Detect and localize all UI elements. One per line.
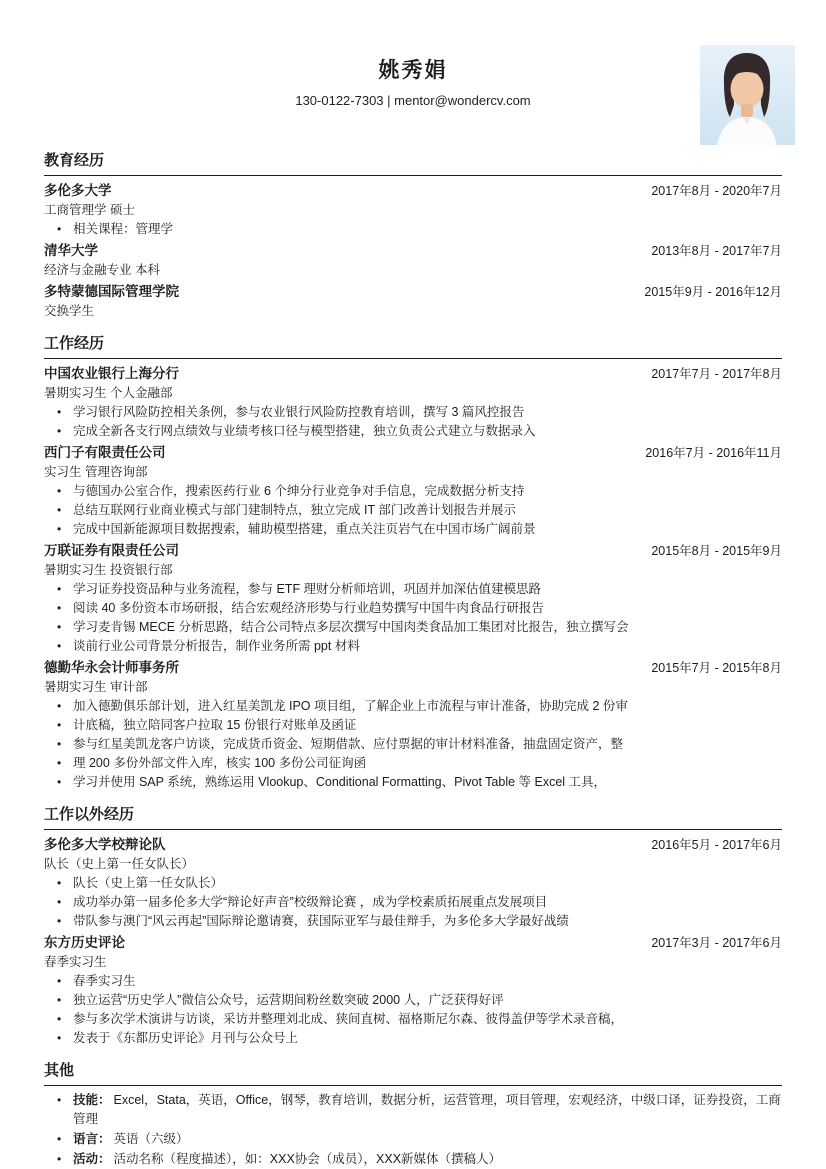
other-item-text: 活动名称（程度描述），如：XXX协会（成员），XXX新媒体（撰稿人） [114,1152,502,1166]
entry: 万联证券有限责任公司2015年8月 - 2015年9月暑期实习生 投资银行部学习… [44,541,782,656]
portrait-photo-icon [700,45,795,145]
bullet-list: 春季实习生独立运营“历史学人”微信公众号，运营期间粉丝数突破 2000 人，广泛… [44,972,782,1048]
entry-org: 多伦多大学校辩论队 [44,835,166,854]
entry-head: 多特蒙德国际管理学院2015年9月 - 2016年12月 [44,282,782,302]
entry-subtitle: 春季实习生 [44,953,782,972]
entry-subtitle: 队长（史上第一任女队长） [44,855,782,874]
entry-date: 2015年7月 - 2015年8月 [651,659,782,678]
other-item-label: 语言： [73,1132,111,1146]
bullet-item: 加入德勤俱乐部计划，进入红星美凯龙 IPO 项目组，了解企业上市流程与审计准备，… [44,697,782,716]
bullet-item: 发表于《东都历史评论》月刊与公众号上 [44,1029,782,1048]
bullet-item: 完成全新各支行网点绩效与业绩考核口径与模型搭建，独立负责公式建立与数据录入 [44,422,782,441]
bullet-list: 加入德勤俱乐部计划，进入红星美凯龙 IPO 项目组，了解企业上市流程与审计准备，… [44,697,782,792]
bullet-item: 队长（史上第一任女队长） [44,874,782,893]
entry-head: 万联证券有限责任公司2015年8月 - 2015年9月 [44,541,782,561]
entry-date: 2017年3月 - 2017年6月 [651,934,782,953]
entry-org: 中国农业银行上海分行 [44,364,179,383]
resume-page: 姚秀娟 130-0122-7303 | mentor@wondercv.com … [0,0,826,1169]
section: 教育经历多伦多大学2017年8月 - 2020年7月工商管理学 硕士相关课程：管… [44,151,782,321]
bullet-list: 学习证券投资品种与业务流程，参与 ETF 理财分析师培训，巩固并加深估值建模思路… [44,580,782,656]
bullet-item: 带队参与澳门“风云再起”国际辩论邀请赛，获国际亚军与最佳辩手，为多伦多大学最好战… [44,912,782,931]
entry-subtitle: 交换学生 [44,302,782,321]
bullet-item: 学习并使用 SAP 系统，熟练运用 Vlookup、Conditional Fo… [44,773,782,792]
entry-org: 清华大学 [44,241,98,260]
entry-head: 多伦多大学校辩论队2016年5月 - 2017年6月 [44,835,782,855]
other-item-list: 技能：Excel，Stata，英语，Office，钢琴，教育培训，数据分析，运营… [44,1091,782,1169]
other-item-text: 英语（六级） [114,1132,189,1146]
entry-head: 中国农业银行上海分行2017年7月 - 2017年8月 [44,364,782,384]
bullet-list: 相关课程：管理学 [44,220,782,239]
entry-date: 2017年8月 - 2020年7月 [651,182,782,201]
bullet-item: 理 200 多份外部文件入库，核实 100 多份公司征询函 [44,754,782,773]
bullet-item: 成功举办第一届多伦多大学“辩论好声音”校级辩论赛 ，成为学校素质拓展重点发展项目 [44,893,782,912]
entry-head: 清华大学2013年8月 - 2017年7月 [44,241,782,261]
entry: 西门子有限责任公司2016年7月 - 2016年11月实习生 管理咨询部与德国办… [44,443,782,539]
entry: 多伦多大学2017年8月 - 2020年7月工商管理学 硕士相关课程：管理学 [44,181,782,239]
entry-org: 西门子有限责任公司 [44,443,166,462]
bullet-item: 阅读 40 多份资本市场研报，结合宏观经济形势与行业趋势撰写中国牛肉食品行研报告 [44,599,782,618]
bullet-item: 与德国办公室合作，搜索医药行业 6 个绅分行业竞争对手信息，完成数据分析支持 [44,482,782,501]
other-item: 活动：活动名称（程度描述），如：XXX协会（成员），XXX新媒体（撰稿人） [44,1150,782,1169]
entry: 清华大学2013年8月 - 2017年7月经济与金融专业 本科 [44,241,782,280]
bullet-item: 学习麦肯锡 MECE 分析思路，结合公司特点多层次撰写中国肉类食品加工集团对比报… [44,618,782,637]
other-item-text: Excel，Stata，英语，Office，钢琴，教育培训，数据分析，运营管理，… [73,1093,781,1126]
bullet-list: 与德国办公室合作，搜索医药行业 6 个绅分行业竞争对手信息，完成数据分析支持总结… [44,482,782,539]
bullet-item: 计底稿，独立陪同客户拉取 15 份银行对账单及函证 [44,716,782,735]
entry-org: 多特蒙德国际管理学院 [44,282,179,301]
bullet-list: 队长（史上第一任女队长）成功举办第一届多伦多大学“辩论好声音”校级辩论赛 ，成为… [44,874,782,931]
id-photo [700,45,795,145]
entry-date: 2016年5月 - 2017年6月 [651,836,782,855]
entry-org: 万联证券有限责任公司 [44,541,179,560]
resume-body: 教育经历多伦多大学2017年8月 - 2020年7月工商管理学 硕士相关课程：管… [44,151,782,1169]
section: 工作经历中国农业银行上海分行2017年7月 - 2017年8月暑期实习生 个人金… [44,334,782,792]
section-title: 工作经历 [44,334,782,359]
other-item: 语言：英语（六级） [44,1130,782,1149]
bullet-item: 学习银行风险防控相关条例，参与农业银行风险防控教育培训，撰写 3 篇风控报告 [44,403,782,422]
contact-line: 130-0122-7303 | mentor@wondercv.com [44,92,782,109]
bullet-list: 学习银行风险防控相关条例，参与农业银行风险防控教育培训，撰写 3 篇风控报告完成… [44,403,782,441]
entry-date: 2016年7月 - 2016年11月 [645,444,782,463]
entry: 东方历史评论2017年3月 - 2017年6月春季实习生春季实习生独立运营“历史… [44,933,782,1048]
bullet-item: 春季实习生 [44,972,782,991]
entry-date: 2017年7月 - 2017年8月 [651,365,782,384]
entry-subtitle: 实习生 管理咨询部 [44,463,782,482]
entry: 德勤华永会计师事务所2015年7月 - 2015年8月暑期实习生 审计部加入德勤… [44,658,782,792]
bullet-item: 参与红星美凯龙客户访谈，完成货币资金、短期借款、应付票据的审计材料准备，抽盘固定… [44,735,782,754]
bullet-item: 相关课程：管理学 [44,220,782,239]
candidate-name: 姚秀娟 [44,58,782,84]
entry-head: 东方历史评论2017年3月 - 2017年6月 [44,933,782,953]
entry: 多伦多大学校辩论队2016年5月 - 2017年6月队长（史上第一任女队长）队长… [44,835,782,931]
other-item-label: 活动： [73,1152,111,1166]
bullet-item: 完成中国新能源项目数据搜索，辅助模型搭建，重点关注页岩气在中国市场广阔前景 [44,520,782,539]
entry: 多特蒙德国际管理学院2015年9月 - 2016年12月交换学生 [44,282,782,321]
entry-date: 2015年8月 - 2015年9月 [651,542,782,561]
resume-header: 姚秀娟 130-0122-7303 | mentor@wondercv.com [44,58,782,109]
entry-org: 多伦多大学 [44,181,112,200]
entry: 中国农业银行上海分行2017年7月 - 2017年8月暑期实习生 个人金融部学习… [44,364,782,441]
entry-subtitle: 暑期实习生 投资银行部 [44,561,782,580]
entry-subtitle: 暑期实习生 审计部 [44,678,782,697]
bullet-item: 参与多次学术演讲与访谈，采访并整理刘北成、狭间直树、福格斯尼尔森、彼得盖伊等学术… [44,1010,782,1029]
entry-subtitle: 工商管理学 硕士 [44,201,782,220]
section-title: 教育经历 [44,151,782,176]
entry-head: 西门子有限责任公司2016年7月 - 2016年11月 [44,443,782,463]
section: 其他技能：Excel，Stata，英语，Office，钢琴，教育培训，数据分析，… [44,1061,782,1169]
entry-date: 2013年8月 - 2017年7月 [651,242,782,261]
entry-head: 德勤华永会计师事务所2015年7月 - 2015年8月 [44,658,782,678]
other-item-label: 技能： [73,1093,111,1107]
bullet-item: 谈前行业公司背景分析报告，制作业务所需 ppt 材料 [44,637,782,656]
entry-head: 多伦多大学2017年8月 - 2020年7月 [44,181,782,201]
bullet-item: 总结互联网行业商业模式与部门建制特点，独立完成 IT 部门改善计划报告并展示 [44,501,782,520]
bullet-item: 学习证券投资品种与业务流程，参与 ETF 理财分析师培训，巩固并加深估值建模思路 [44,580,782,599]
section-title: 工作以外经历 [44,805,782,830]
entry-date: 2015年9月 - 2016年12月 [644,283,782,302]
entry-subtitle: 经济与金融专业 本科 [44,261,782,280]
bullet-item: 独立运营“历史学人”微信公众号，运营期间粉丝数突破 2000 人，广泛获得好评 [44,991,782,1010]
entry-subtitle: 暑期实习生 个人金融部 [44,384,782,403]
section: 工作以外经历多伦多大学校辩论队2016年5月 - 2017年6月队长（史上第一任… [44,805,782,1048]
section-title: 其他 [44,1061,782,1086]
other-item: 技能：Excel，Stata，英语，Office，钢琴，教育培训，数据分析，运营… [44,1091,782,1129]
entry-org: 德勤华永会计师事务所 [44,658,179,677]
entry-org: 东方历史评论 [44,933,125,952]
